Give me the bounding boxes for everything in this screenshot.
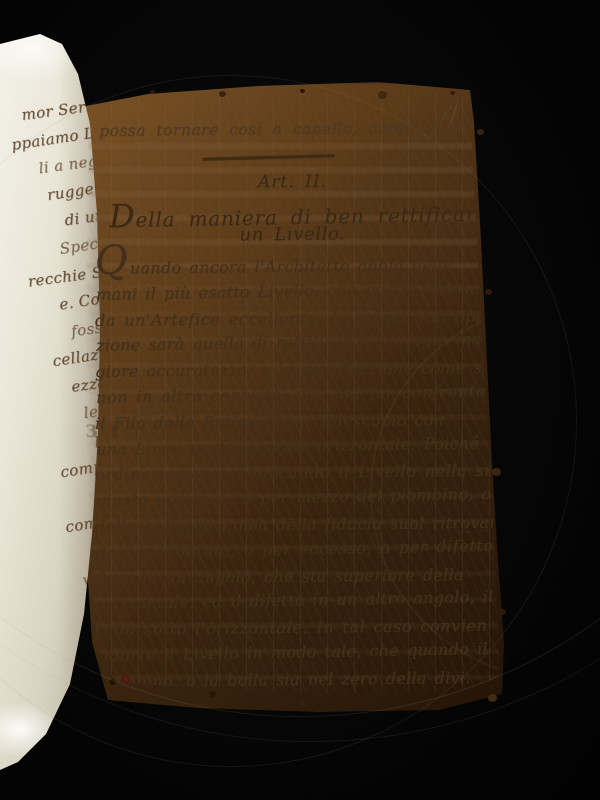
photo-scene: mor Serieppaiamo Leli a negaruggeredi un… (0, 0, 600, 800)
manuscript-line: zione sarà quella di rettificarlo con og… (96, 326, 498, 359)
ink-blot (121, 674, 130, 684)
edge-specks (150, 90, 155, 94)
chapter-title-line2: un Livello. (85, 222, 500, 247)
body-text: Quando ancora l'Architetto abbia nellema… (95, 256, 497, 695)
manuscript-line: giusta posizione o per mezzo del piombin… (96, 481, 498, 514)
article-heading: Art. II. (85, 170, 500, 194)
ink-blot-small (115, 670, 120, 675)
manuscript-page: possa tornare così a capello, come si di… (85, 90, 500, 708)
manuscript-line: orizzontale, ed il difetto in un altro a… (96, 584, 498, 617)
